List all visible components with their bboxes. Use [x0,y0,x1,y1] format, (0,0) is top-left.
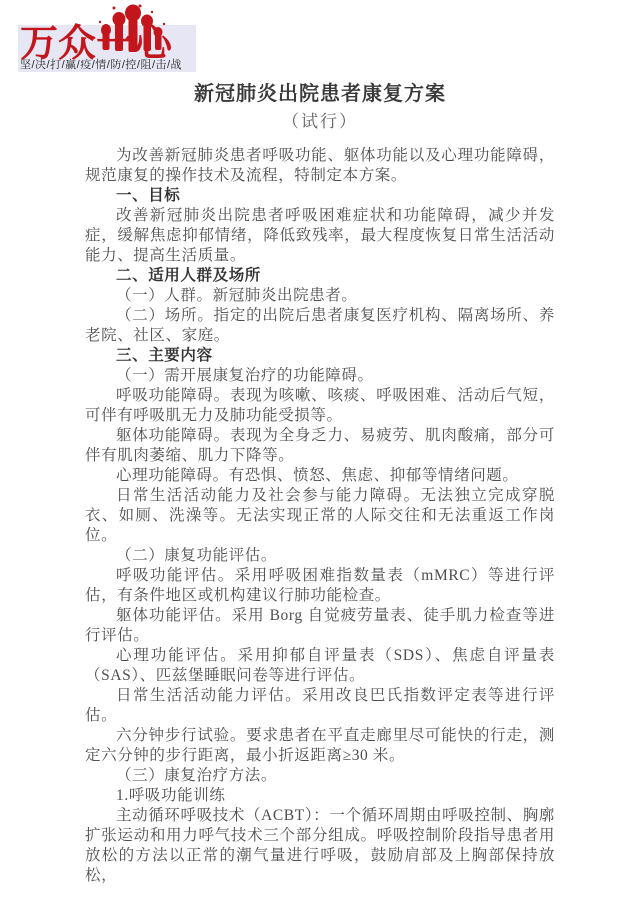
doc-paragraph: 心理功能评估。采用抑郁自评量表（SDS）、焦虑自评量表（SAS）、匹兹堡睡眠问卷… [85,646,555,686]
doc-paragraph: 呼吸功能评估。采用呼吸困难指数量表（mMRC）等进行评估，有条件地区或机构建议行… [85,566,555,606]
doc-paragraph: （二）康复功能评估。 [85,546,555,566]
section-heading: 二、适用人群及场所 [85,266,555,286]
doc-paragraph: 躯体功能评估。采用 Borg 自觉疲劳量表、徒手肌力检查等进行评估。 [85,606,555,646]
doc-paragraph: 心理功能障碍。有恐惧、愤怒、焦虑、抑郁等情绪问题。 [85,466,555,486]
document-title: 新冠肺炎出院患者康复方案 [85,82,555,106]
doc-paragraph: 日常生活活动能力及社会参与能力障碍。无法独立完成穿脱衣、如厕、洗澡等。无法实现正… [85,486,555,546]
doc-paragraph: 呼吸功能障碍。表现为咳嗽、咳痰、呼吸困难、活动后气短，可伴有呼吸肌无力及肺功能受… [85,386,555,426]
doc-paragraph: 1.呼吸功能训练 [85,786,555,806]
logo-brand-text: 万众一心 [20,24,172,64]
doc-paragraph: 改善新冠肺炎出院患者呼吸困难症状和功能障碍，减少并发症，缓解焦虑抑郁情绪，降低致… [85,206,555,266]
doc-paragraph: 六分钟步行试验。要求患者在平直走廊里尽可能快的行走，测定六分钟的步行距离，最小折… [85,726,555,766]
doc-paragraph: （三）康复治疗方法。 [85,766,555,786]
document-page: 万众一心 坚/决/打/赢/疫/情/防/控/阻/击/战 新冠肺炎出院患者康复方案 … [0,0,636,899]
logo-slogan-text: 坚/决/打/赢/疫/情/防/控/阻/击/战 [20,59,182,72]
section-heading: 一、目标 [85,186,555,206]
doc-paragraph: （一）需开展康复治疗的功能障碍。 [85,366,555,386]
doc-paragraph: 日常生活活动能力评估。采用改良巴氏指数评定表等进行评估。 [85,686,555,726]
doc-paragraph: 为改善新冠肺炎患者呼吸功能、躯体功能以及心理功能障碍，规范康复的操作技术及流程，… [85,146,555,186]
document-subtitle: （试行） [85,111,555,133]
doc-paragraph: （二）场所。指定的出院后患者康复医疗机构、隔离场所、养老院、社区、家庭。 [85,306,555,346]
doc-paragraph: 躯体功能障碍。表现为全身乏力、易疲劳、肌肉酸痛，部分可伴有肌肉萎缩、肌力下降等。 [85,426,555,466]
doc-paragraph: 主动循环呼吸技术（ACBT）：一个循环周期由呼吸控制、胸廓扩张运动和用力呼气技术… [85,806,555,886]
campaign-logo: 万众一心 坚/决/打/赢/疫/情/防/控/阻/击/战 [18,4,218,82]
paragraph-list: 为改善新冠肺炎患者呼吸功能、躯体功能以及心理功能障碍，规范康复的操作技术及流程，… [85,146,555,886]
document-content: 新冠肺炎出院患者康复方案 （试行） 为改善新冠肺炎患者呼吸功能、躯体功能以及心理… [85,82,555,886]
section-heading: 三、主要内容 [85,346,555,366]
doc-paragraph: （一）人群。新冠肺炎出院患者。 [85,286,555,306]
